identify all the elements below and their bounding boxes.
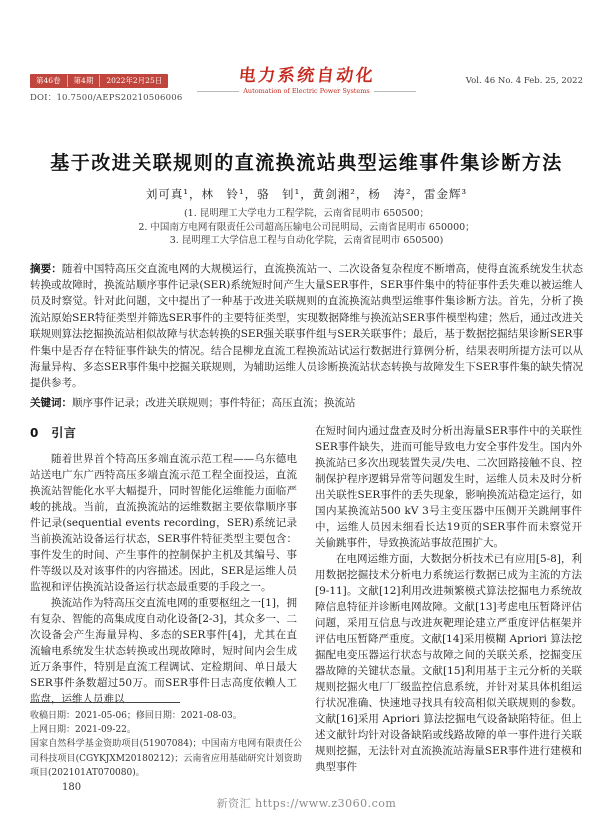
journal-title-en: Automation of Electric Power Systems [239, 87, 374, 96]
right-column: 在短时间内通过盘查及时分析出海量SER事件中的关联性SER事件缺失，进而可能导致… [315, 423, 582, 806]
section-heading: 0 引言 [30, 425, 297, 441]
footnote-divider [30, 702, 180, 703]
doi-text: DOI：10.7500/AEPS20210506006 [30, 91, 182, 103]
abstract-text: 随着中国特高压交直流电网的大规模运行，直流换流站一、二次设备复杂程度不断增高，使… [30, 263, 583, 390]
authors-line: 刘可真¹，林 铃¹，骆 钊¹，黄剑湘²，杨 涛²，雷金辉³ [30, 186, 583, 202]
keywords-label: 关键词： [30, 397, 72, 409]
abstract: 摘要：随着中国特高压交直流电网的大规模运行，直流换流站一、二次设备复杂程度不断增… [30, 261, 583, 392]
affiliation-line: 3. 昆明理工大学信息工程与自动化学院，云南省昆明市 650500) [30, 234, 583, 248]
header-rule-left [197, 91, 239, 92]
footnote-line: 国家自然科学基金资助项目(51907084)；中国南方电网有限责任公司科技项目(… [30, 737, 302, 780]
badge-volume: 第46卷 [30, 75, 67, 87]
journal-title-en-row: Automation of Electric Power Systems [177, 87, 437, 96]
abstract-label: 摘要： [30, 263, 62, 275]
keywords: 关键词：顺序事件记录；改进关联规则；事件特征；高压直流；换流站 [30, 395, 583, 411]
footnote-line: 收稿日期：2021-05-06；修回日期：2021-08-03。 [30, 709, 302, 723]
journal-title-cn: 电力系统自动化 [175, 66, 437, 86]
issue-badge: 第46卷 第4期 2022年2月25日 [30, 74, 168, 88]
body-paragraph: 在短时间内通过盘查及时分析出海量SER事件中的关联性SER事件缺失，进而可能导致… [315, 423, 582, 551]
body-paragraph: 在电网运维方面，大数据分析技术已有应用[5-8]，利用数据挖掘技术分析电力系统运… [315, 551, 582, 775]
journal-page: 第46卷 第4期 2022年2月25日 DOI：10.7500/AEPS2021… [0, 0, 613, 825]
affiliation-line: (1. 昆明理工大学电力工程学院，云南省昆明市 650500； [30, 207, 583, 221]
left-column: 0 引言 随着世界首个特高压多端直流示范工程——乌东德电站送电广东广西特高压多端… [30, 423, 297, 721]
journal-logo: 电力系统自动化 Automation of Electric Power Sys… [177, 66, 437, 96]
affiliations: (1. 昆明理工大学电力工程学院，云南省昆明市 650500； 2. 中国南方电… [30, 207, 583, 248]
page-header: 第46卷 第4期 2022年2月25日 DOI：10.7500/AEPS2021… [30, 74, 583, 120]
volume-info: Vol. 46 No. 4 Feb. 25, 2022 [466, 76, 583, 86]
body-paragraph: 换流站作为特高压交直流电网的重要枢纽之一[1]，拥有复杂、智能的高集成度自动化设… [30, 595, 297, 707]
watermark: 新资汇 https://www.z3060.com [0, 795, 613, 811]
affiliation-line: 2. 中国南方电网有限责任公司超高压输电公司昆明局，云南省昆明市 650000； [30, 221, 583, 235]
footnote: 收稿日期：2021-05-06；修回日期：2021-08-03。 上网日期：20… [30, 702, 302, 780]
badge-date: 2022年2月25日 [99, 75, 168, 87]
body-paragraph: 随着世界首个特高压多端直流示范工程——乌东德电站送电广东广西特高压多端直流示范工… [30, 451, 297, 595]
keywords-text: 顺序事件记录；改进关联规则；事件特征；高压直流；换流站 [72, 397, 356, 409]
badge-issue: 第4期 [67, 75, 100, 87]
article-title: 基于改进关联规则的直流换流站典型运维事件集诊断方法 [30, 150, 583, 176]
header-rule-right [374, 91, 416, 92]
page-number: 180 [62, 782, 81, 793]
footnote-line: 上网日期：2021-09-22。 [30, 723, 302, 737]
